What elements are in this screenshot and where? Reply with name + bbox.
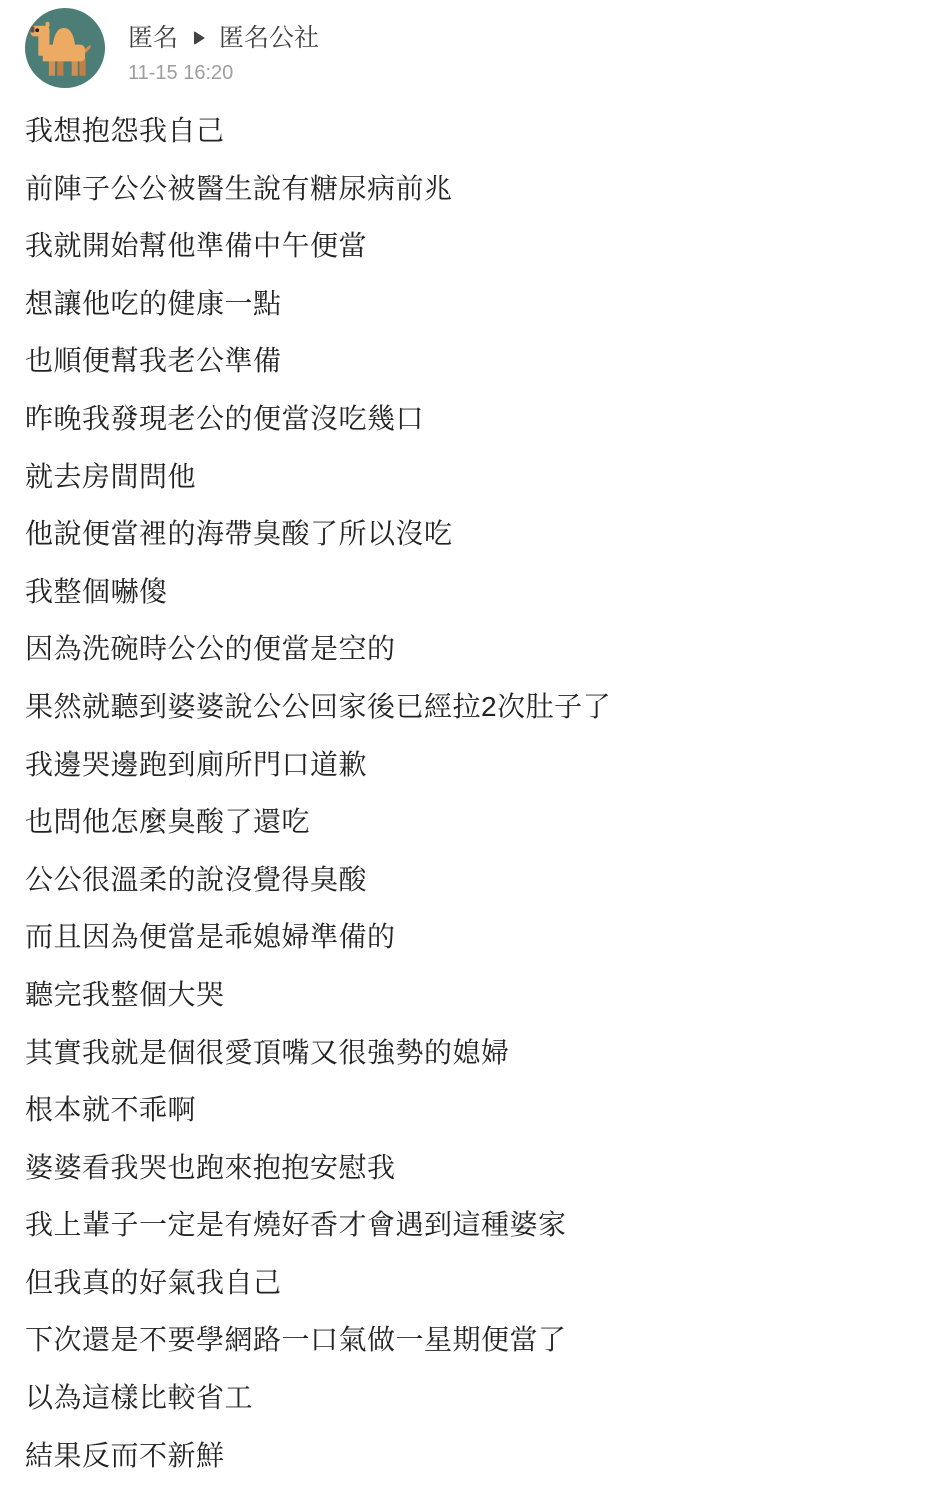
play-right-icon — [194, 31, 205, 45]
post-line: 婆婆看我哭也跑來抱抱安慰我 — [25, 1139, 924, 1197]
post-line: 根本就不乖啊 — [25, 1081, 924, 1139]
post-line: 聽完我整個大哭 — [25, 966, 924, 1024]
post-title-row: 匿名 匿名公社 — [128, 23, 319, 53]
post-line: 果然就聽到婆婆說公公回家後已經拉2次肚子了 — [25, 678, 924, 736]
post-line: 以為這樣比較省工 — [25, 1369, 924, 1427]
post-line: 其實我就是個很愛頂嘴又很強勢的媳婦 — [25, 1024, 924, 1082]
post-line: 下次還是不要學網路一口氣做一星期便當了 — [25, 1311, 924, 1369]
post-line: 而且因為便當是乖媳婦準備的 — [25, 908, 924, 966]
board-name[interactable]: 匿名公社 — [219, 23, 319, 53]
post-line: 想讓他吃的健康一點 — [25, 275, 924, 333]
post-line: 公公很溫柔的說沒覺得臭酸 — [25, 851, 924, 909]
post-line: 就去房間問他 — [25, 448, 924, 506]
post-line: 我整個嚇傻 — [25, 563, 924, 621]
post-timestamp: 11-15 16:20 — [128, 62, 319, 84]
post-line: 我想抱怨我自己 — [25, 102, 924, 160]
post-line: 我就開始幫他準備中午便當 — [25, 217, 924, 275]
post-line: 昨晚我發現老公的便當沒吃幾口 — [25, 390, 924, 448]
post-line: 他說便當裡的海帶臭酸了所以沒吃 — [25, 505, 924, 563]
post-line: 也順便幫我老公準備 — [25, 332, 924, 390]
post-line: 但我真的好氣我自己 — [25, 1254, 924, 1312]
post-header: 匿名 匿名公社 11-15 16:20 — [0, 0, 949, 88]
post-line: 我邊哭邊跑到廁所門口道歉 — [25, 736, 924, 794]
author-name[interactable]: 匿名 — [128, 23, 178, 53]
post-line: 因為洗碗時公公的便當是空的 — [25, 620, 924, 678]
post-body: 我想抱怨我自己 前陣子公公被醫生說有糖尿病前兆 我就開始幫他準備中午便當 想讓他… — [0, 102, 949, 1484]
post-page: 匿名 匿名公社 11-15 16:20 我想抱怨我自己 前陣子公公被醫生說有糖尿… — [0, 0, 949, 1505]
post-line: 我上輩子一定是有燒好香才會遇到這種婆家 — [25, 1196, 924, 1254]
post-line: 結果反而不新鮮 — [25, 1427, 924, 1485]
header-text: 匿名 匿名公社 11-15 16:20 — [128, 8, 319, 84]
camel-icon — [25, 8, 105, 88]
anonymous-avatar[interactable] — [25, 8, 105, 88]
post-line: 前陣子公公被醫生說有糖尿病前兆 — [25, 160, 924, 218]
post-line: 也問他怎麼臭酸了還吃 — [25, 793, 924, 851]
